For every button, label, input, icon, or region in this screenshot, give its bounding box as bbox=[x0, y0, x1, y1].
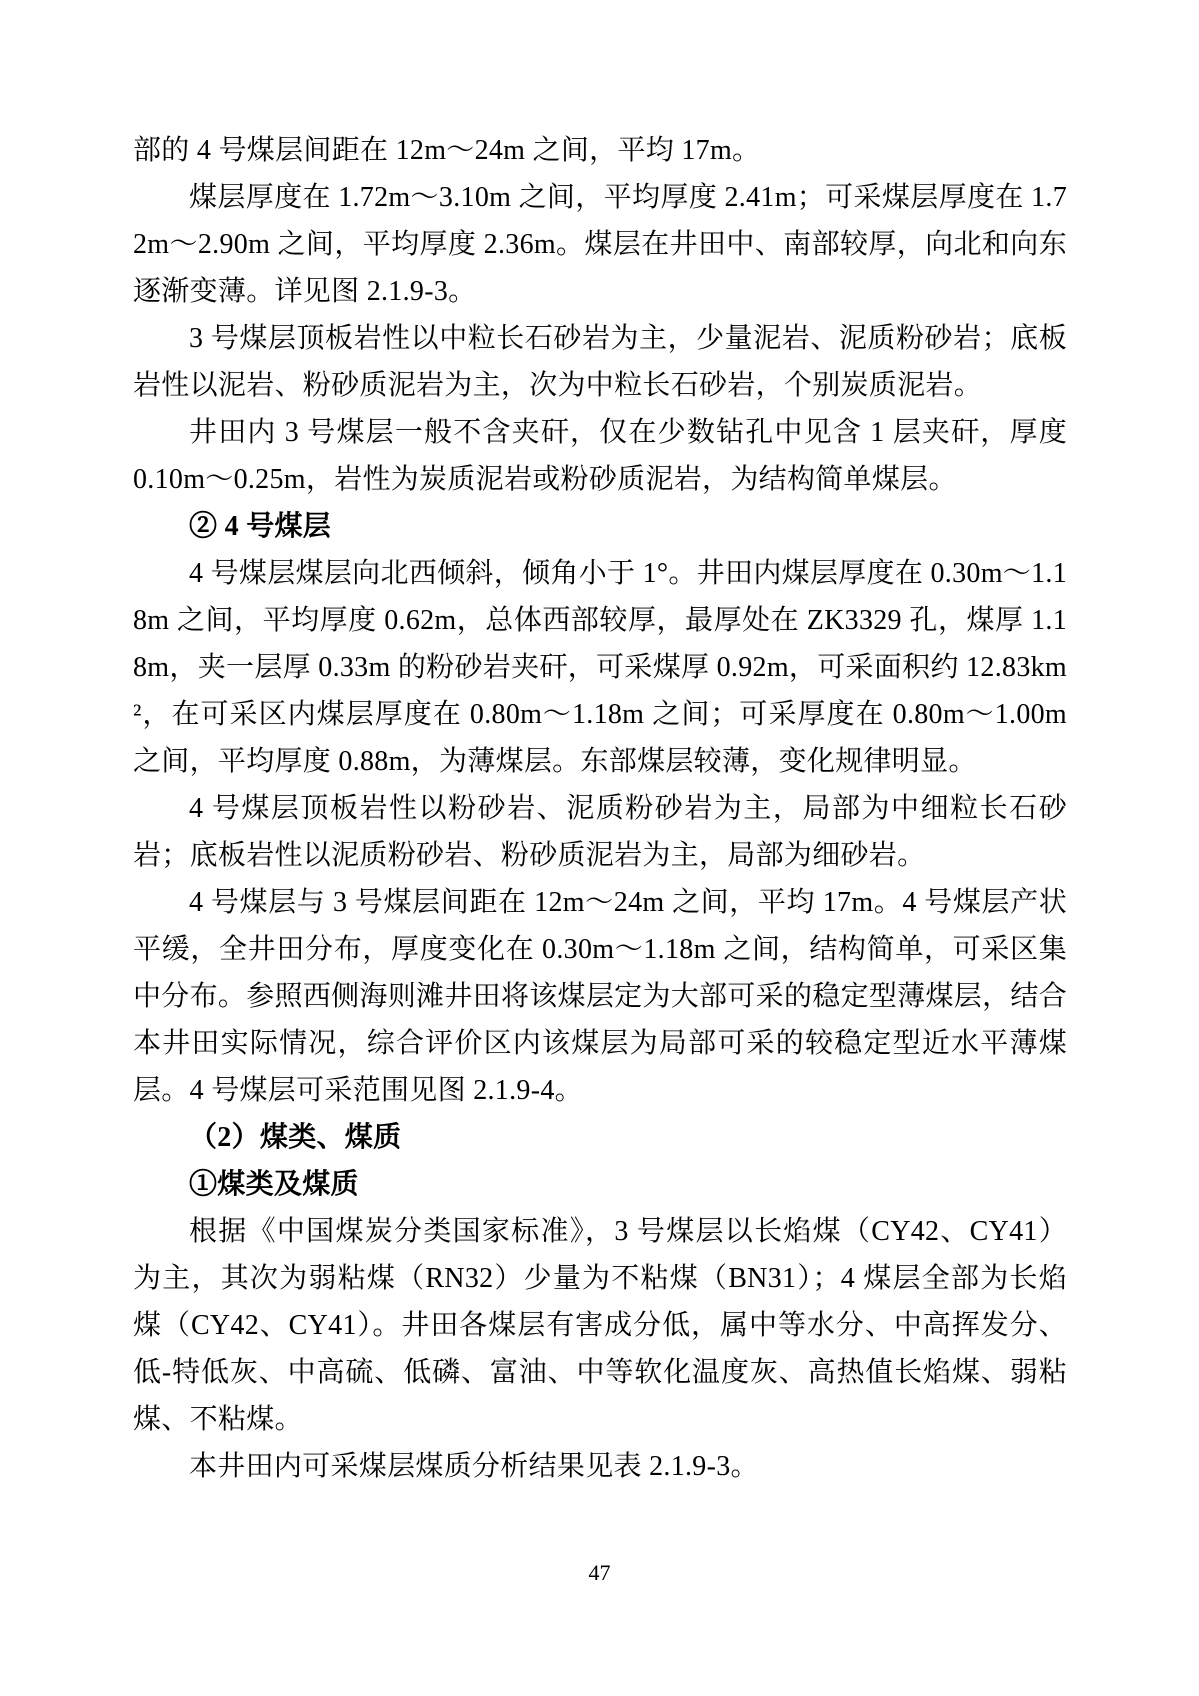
paragraph-seam3-thickness: 煤层厚度在 1.72m～3.10m 之间，平均厚度 2.41m；可采煤层厚度在 … bbox=[133, 174, 1067, 315]
paragraph-seam3-parting: 井田内 3 号煤层一般不含夹矸，仅在少数钻孔中见含 1 层夹矸，厚度 0.10m… bbox=[133, 409, 1067, 503]
paragraph-seam4-roof-floor-lithology: 4 号煤层顶板岩性以粉砂岩、泥质粉砂岩为主，局部为中细粒长石砂岩；底板岩性以泥质… bbox=[133, 785, 1067, 879]
page-body-text: 部的 4 号煤层间距在 12m～24m 之间，平均 17m。 煤层厚度在 1.7… bbox=[133, 127, 1067, 1490]
paragraph-seam4-spacing-distribution: 4 号煤层与 3 号煤层间距在 12m～24m 之间，平均 17m。4 号煤层产… bbox=[133, 879, 1067, 1114]
document-page: 部的 4 号煤层间距在 12m～24m 之间，平均 17m。 煤层厚度在 1.7… bbox=[0, 0, 1199, 1696]
paragraph-coal-classification: 根据《中国煤炭分类国家标准》，3 号煤层以长焰煤（CY42、CY41）为主，其次… bbox=[133, 1208, 1067, 1443]
heading-coal-class-quality: （2）煤类、煤质 bbox=[133, 1114, 1067, 1161]
paragraph-quality-table-reference: 本井田内可采煤层煤质分析结果见表 2.1.9-3。 bbox=[133, 1443, 1067, 1490]
heading-seam4: ② 4 号煤层 bbox=[133, 503, 1067, 550]
heading-coal-class-and-quality-sub: ①煤类及煤质 bbox=[133, 1161, 1067, 1208]
page-number: 47 bbox=[0, 1560, 1199, 1586]
paragraph-seam3-roof-floor-lithology: 3 号煤层顶板岩性以中粒长石砂岩为主，少量泥岩、泥质粉砂岩；底板岩性以泥岩、粉砂… bbox=[133, 315, 1067, 409]
paragraph-seam4-thickness: 4 号煤层煤层向北西倾斜，倾角小于 1°。井田内煤层厚度在 0.30m～1.18… bbox=[133, 550, 1067, 785]
paragraph-seam3-spacing-continued: 部的 4 号煤层间距在 12m～24m 之间，平均 17m。 bbox=[133, 127, 1067, 174]
